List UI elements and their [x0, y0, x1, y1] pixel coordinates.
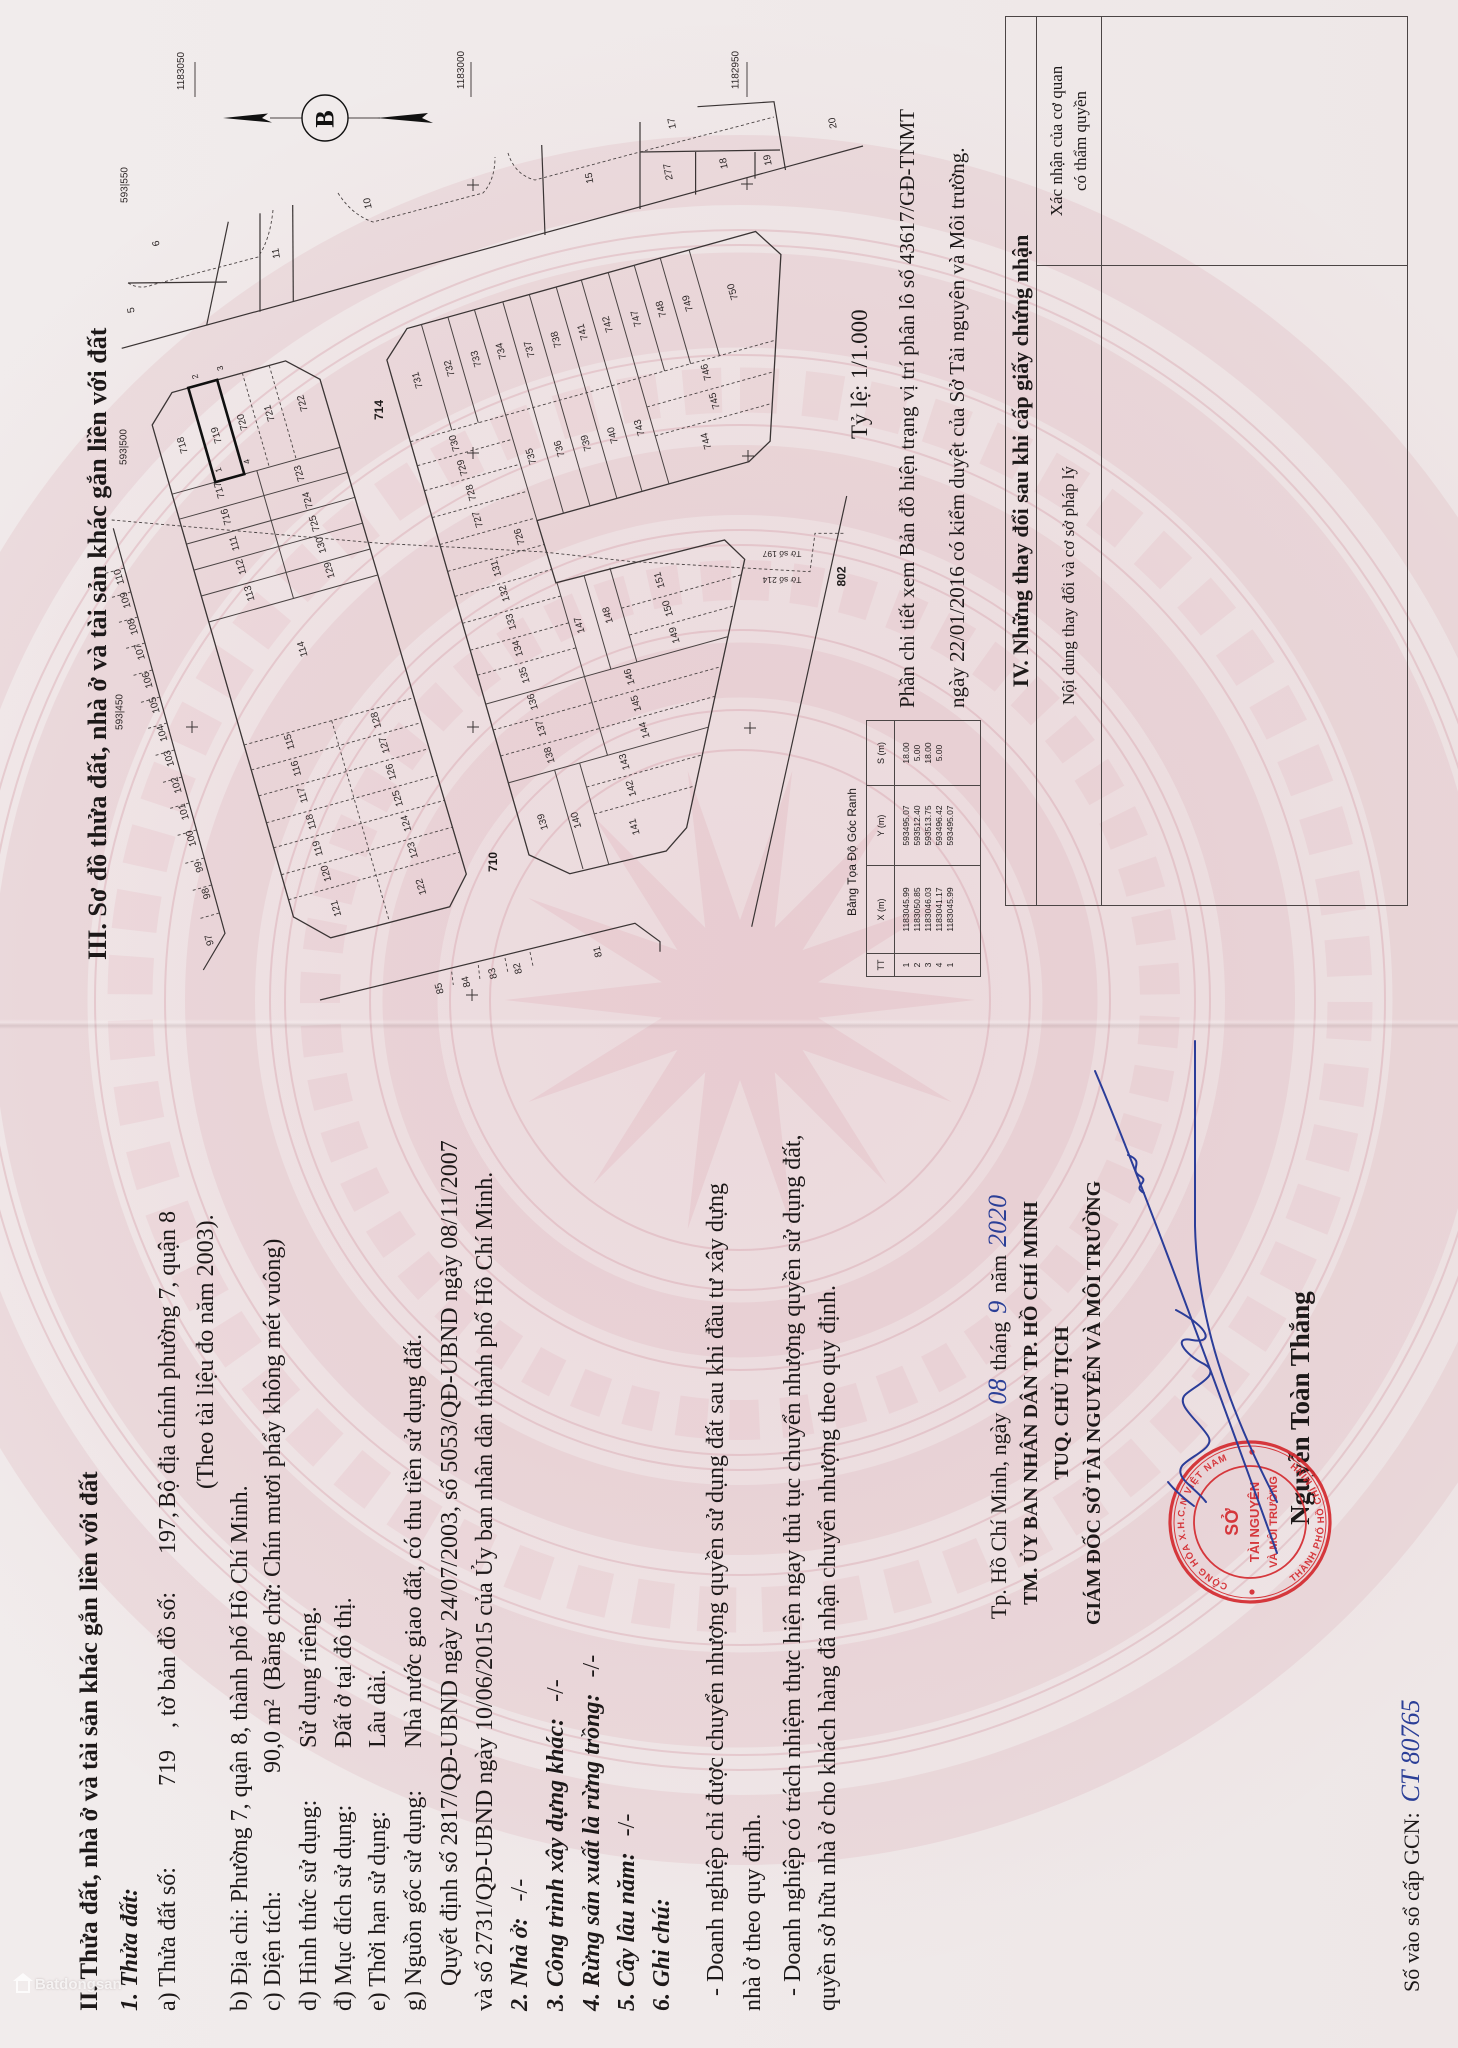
stamp-center-line-1: SỞ: [1221, 1508, 1242, 1536]
house-logo-icon: [16, 1981, 30, 1993]
watermark-text: Batdongsan: [35, 1976, 122, 1993]
official-stamp: CỘNG HÒA X.H.C.N VIỆT NAM THÀNH PHỐ HỒ C…: [1170, 1442, 1330, 1602]
stamp-center-line-2: TÀI NGUYÊN: [1247, 1482, 1262, 1562]
stamp-ring-bottom-text: THÀNH PHỐ HỒ CHÍ MINH: [1288, 1459, 1327, 1584]
certificate-spread: II. Thửa đất, nhà ở và tài sản khác gắn …: [0, 0, 1458, 2048]
stamp-center-line-3: VÀ MÔI TRƯỜNG: [1267, 1476, 1280, 1568]
svg-text:THÀNH PHỐ HỒ CHÍ MINH: THÀNH PHỐ HỒ CHÍ MINH: [1288, 1459, 1327, 1584]
stamp-dot-icon: [1249, 1589, 1254, 1594]
watermark: Batdongsan: [16, 1976, 122, 1993]
ink-layer: CỘNG HÒA X.H.C.N VIỆT NAM THÀNH PHỐ HỒ C…: [0, 0, 1458, 2048]
